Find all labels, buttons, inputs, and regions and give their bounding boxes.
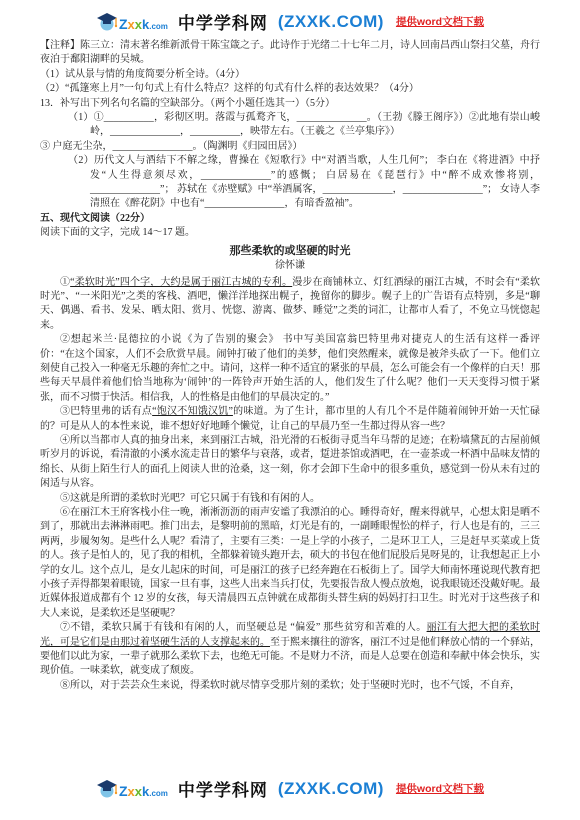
site-banner-top: Zxxk.com 中学学科网 (ZXXK.COM) 提供word文档下载 — [40, 6, 540, 39]
site-domain: (ZXXK.COM) — [278, 12, 384, 32]
download-tagline: 提供word文档下载 — [396, 14, 484, 29]
logo-letter: x — [135, 784, 142, 799]
reading-instruction: 阅读下面的文字，完成 14～17 题。 — [40, 226, 540, 240]
poem-question-2: （2）“孤篷寒上月”一句句式上有什么特点？这样的句式有什么样的表达效果？（4分） — [40, 82, 540, 96]
essay-paragraph-2: ②想起米兰·昆德拉的小说《为了告别的聚会》 书中写美国富翁巴特里弗对捷克人的生活… — [40, 333, 540, 405]
question-13-item-1a: （1）①__________，彩彻区明。落霞与孤鹜齐飞，____________… — [40, 111, 540, 140]
logo-wordmark: Zxxk.com — [119, 17, 168, 33]
zxxk-logo: Zxxk.com — [96, 778, 168, 800]
essay-author: 徐怀谦 — [40, 259, 540, 273]
essay-paragraph-4: ④所以当都市人真的抽身出来，来到丽江古城，沿光滑的石板街寻觅当年马帮的足迹；在粉… — [40, 434, 540, 492]
paragraph-1-marker: ① — [60, 277, 70, 288]
zxxk-logo: Zxxk.com — [96, 11, 168, 33]
exam-document-body: 【注释】陈三立：清末著名维新派骨干陈宝箴之子。此诗作于光绪二十七年二月，诗人回南… — [40, 39, 540, 693]
logo-letter: x — [135, 17, 142, 32]
essay-title: 那些柔软的或坚硬的时光 — [40, 244, 540, 258]
graduate-cap-icon — [96, 11, 118, 33]
section-5-heading: 五、现代文阅读（22分） — [40, 212, 540, 226]
site-name: 中学学科网 — [178, 776, 268, 801]
logo-letter: .com — [149, 22, 168, 31]
question-13-item-2: （2）历代文人与酒结下不解之缘，曹操在《短歌行》中“对酒当歌，人生几何”； 李白… — [40, 154, 540, 212]
paragraph-3-underlined: “饱汉不知饿汉饥” — [152, 406, 233, 417]
essay-paragraph-8: ⑧所以，对于芸芸众生来说，得柔软时就尽情享受那片刻的柔软；处于坚硬时光时，也不气… — [40, 679, 540, 693]
poem-note: 【注释】陈三立：清末著名维新派骨干陈宝箴之子。此诗作于光绪二十七年二月，诗人回南… — [40, 39, 540, 68]
essay-paragraph-5: ⑤这就是所谓的柔软时光吧？可它只属于有钱和有闲的人。 — [40, 492, 540, 506]
essay-paragraph-7: ⑦不错，柔软只属于有钱和有闲的人，而坚硬总是 “偏爱” 那些贫穷和苦难的人。丽江… — [40, 621, 540, 679]
essay-paragraph-3: ③巴特里弗的话有点“饱汉不知饿汉饥”的味道。为了生计，都市里的人有几个不是伴随着… — [40, 405, 540, 434]
graduate-cap-icon — [96, 778, 118, 800]
logo-wordmark: Zxxk.com — [119, 784, 168, 800]
essay-paragraph-1: ①“柔软时光”四个字，大约是属于丽江古城的专利。漫步在商铺林立、灯红酒绿的丽江古… — [40, 276, 540, 334]
poem-question-1: （1）试从景与情的角度简要分析全诗。（4分） — [40, 68, 540, 82]
site-banner-bottom: Zxxk.com 中学学科网 (ZXXK.COM) 提供word文档下载 — [40, 768, 540, 806]
logo-letter: Z — [119, 783, 128, 799]
paragraph-1-underlined: “柔软时光”四个字，大约是属于丽江古城的专利。 — [70, 277, 292, 288]
logo-letter: .com — [149, 789, 168, 798]
site-domain: (ZXXK.COM) — [278, 779, 384, 799]
paragraph-7-text-pre: ⑦不错，柔软只属于有钱和有闲的人，而坚硬总是 “偏爱” 那些贫穷和苦难的人。 — [60, 622, 427, 633]
essay-paragraph-6: ⑥在丽江木王府客栈小住一晚，淅淅沥沥的雨声安谧了我漂泊的心。睡得奇好，醒来得就早… — [40, 506, 540, 621]
paragraph-3-text-pre: ③巴特里弗的话有点 — [60, 406, 152, 417]
logo-letter: Z — [119, 16, 128, 32]
download-tagline: 提供word文档下载 — [396, 781, 484, 796]
question-13-item-1b: ③ 户庭无尘杂，________________。（陶渊明《归园田居》） — [40, 140, 540, 154]
logo-letter: x — [128, 784, 135, 799]
logo-letter: x — [128, 17, 135, 32]
document-page: Zxxk.com 中学学科网 (ZXXK.COM) 提供word文档下载 【注释… — [0, 0, 580, 820]
question-13-header: 13．补写出下列名句名篇的空缺部分。（两个小题任选其一）（5分） — [40, 97, 540, 111]
site-name: 中学学科网 — [178, 9, 268, 34]
